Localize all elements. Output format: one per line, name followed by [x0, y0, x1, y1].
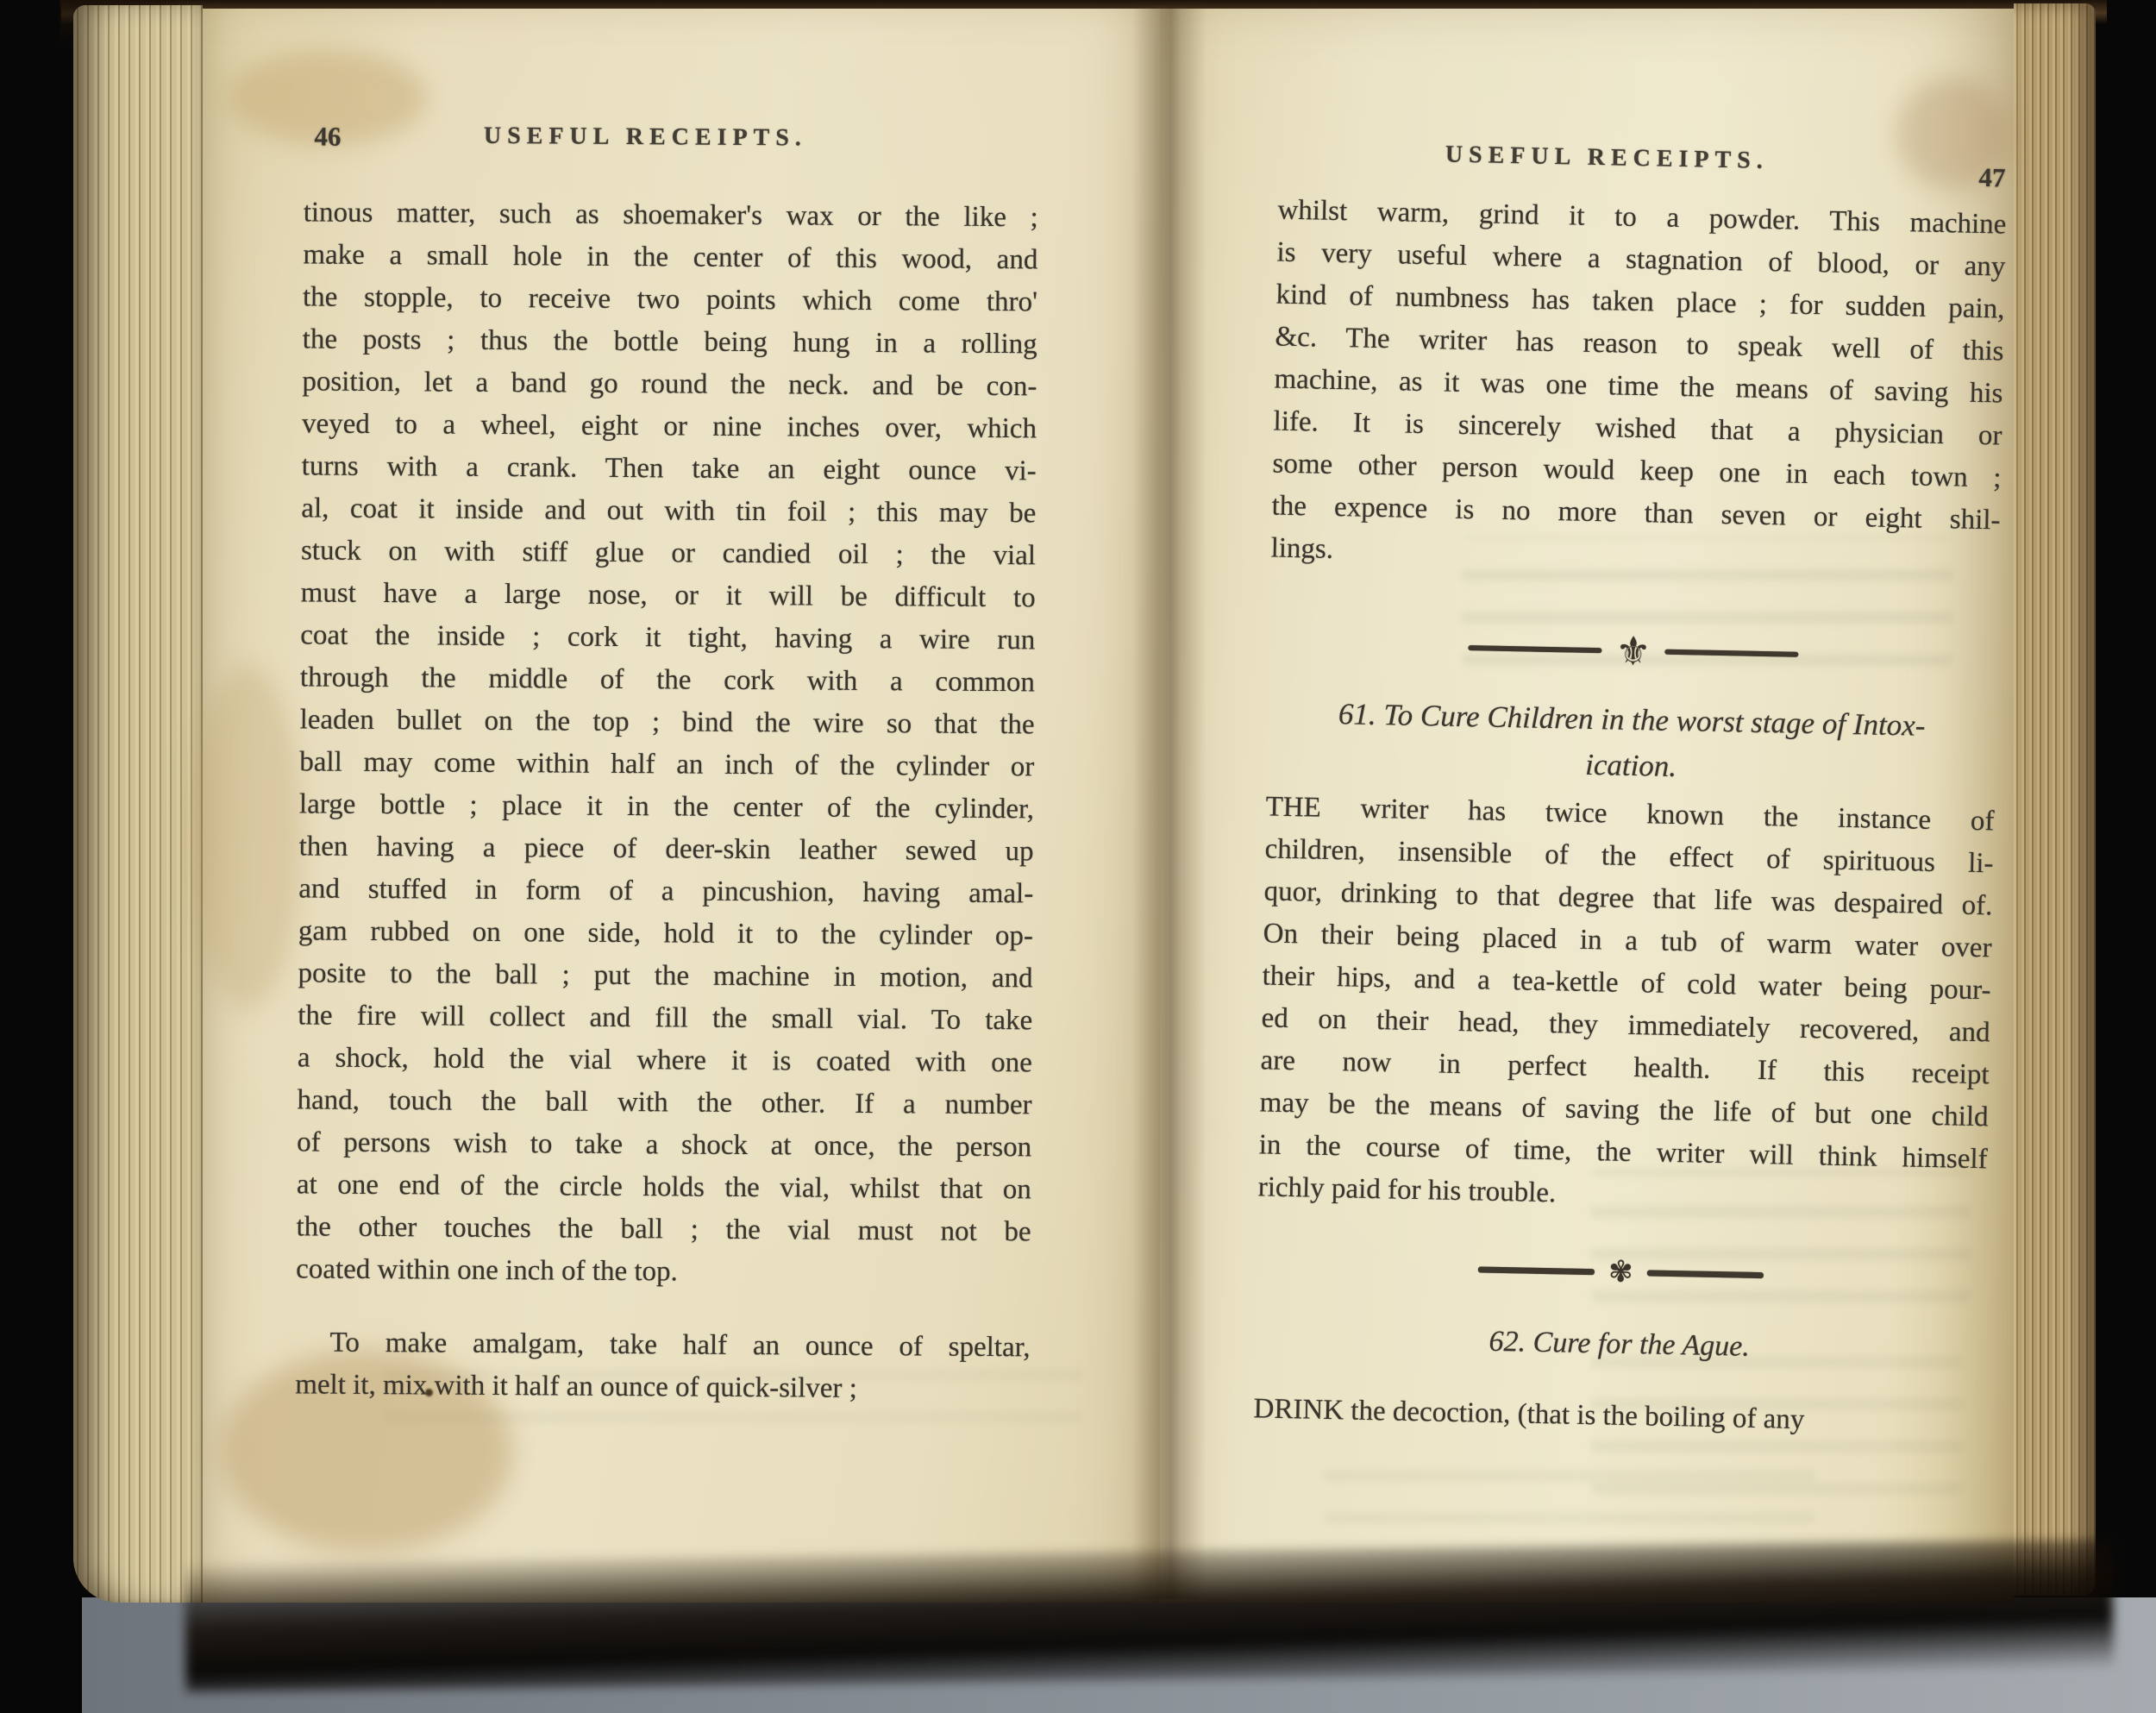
ornament-rule [1664, 649, 1798, 657]
text-line: the stopple, to receive two points which… [303, 276, 1037, 323]
page-number: 47 [1978, 162, 2006, 194]
section-61-heading-line1: 61. To Cure Children in the worst stage … [1267, 695, 1996, 744]
fleur-de-lis-icon: ⚜ [1615, 631, 1651, 672]
section-61-paragraph: THE writer has twice known the instance … [1257, 786, 1995, 1223]
text-line: coat the inside ; cork it tight, having … [300, 614, 1035, 662]
book-photograph: 46 USEFUL RECEIPTS. tinous matter, such … [0, 0, 2156, 1713]
text-line: ball may come within half an inch of the… [299, 741, 1034, 788]
text-line: al, coat it inside and out with tin foil… [301, 487, 1036, 535]
text-line: coated within one inch of the top. [296, 1248, 1031, 1296]
text-line: of persons wish to take a shock at once,… [297, 1121, 1031, 1169]
text-line: position, let a band go round the neck. … [302, 361, 1037, 408]
text-line: and stuffed in form of a pincushion, hav… [298, 868, 1033, 915]
section-62-paragraph: DRINK the decoction, (that is the boilin… [1253, 1388, 1983, 1445]
text-line: a shock, hold the vial where it is coate… [298, 1037, 1032, 1084]
text-line: large bottle ; place it in the center of… [299, 783, 1034, 831]
text-line: turns with a crank. Then take an eight o… [302, 445, 1037, 493]
text-line: leaden bullet on the top ; bind the wire… [299, 699, 1034, 746]
text-line: stuck on with stiff glue or candied oil … [301, 530, 1036, 577]
book-bottom-shadow [185, 1539, 2114, 1691]
right-fore-edge-stack [2014, 3, 2096, 1596]
left-page-text: 46 USEFUL RECEIPTS. tinous matter, such … [192, 9, 1161, 1609]
running-header: USEFUL RECEIPTS. [278, 121, 1012, 154]
text-line: the posts ; thus the bottle being hung i… [303, 318, 1037, 366]
rosette-ornament: ✾ [1257, 1250, 1986, 1294]
right-page: USEFUL RECEIPTS. 47 whilst warm, grind i… [1160, 9, 2014, 1603]
ornament-rule [1468, 645, 1601, 653]
rosette-icon: ✾ [1608, 1258, 1633, 1288]
section-61-heading-line2: ication. [1266, 741, 1996, 790]
text-line: To make amalgam, take half an ounce of s… [295, 1321, 1030, 1369]
open-book: 46 USEFUL RECEIPTS. tinous matter, such … [73, 0, 2096, 1713]
right-page-text: USEFUL RECEIPTS. 47 whilst warm, grind i… [1129, 8, 2015, 1618]
ornament-rule [1647, 1270, 1764, 1278]
text-line: melt it, mix with it half an ounce of qu… [295, 1364, 1030, 1411]
fleur-de-lis-ornament: ⚜ [1269, 624, 1998, 678]
text-line: make a small hole in the center of this … [303, 234, 1037, 281]
text-line: tinous matter, such as shoemaker's wax o… [304, 191, 1038, 239]
text-line: gam rubbed on one side, hold it to the c… [298, 910, 1033, 957]
left-paragraph-1: tinous matter, such as shoemaker's wax o… [296, 191, 1038, 1296]
text-line: DRINK the decoction, (that is the boilin… [1253, 1388, 1983, 1445]
left-page: 46 USEFUL RECEIPTS. tinous matter, such … [203, 9, 1160, 1603]
gutter-shadow [1132, 5, 1206, 1599]
text-line: veyed to a wheel, eight or nine inches o… [302, 403, 1037, 450]
text-line: the fire will collect and fill the small… [298, 995, 1032, 1042]
running-header: USEFUL RECEIPTS. [1243, 137, 1971, 179]
right-page-header: USEFUL RECEIPTS. 47 [1278, 138, 2008, 191]
text-line: hand, touch the ball with the other. If … [297, 1079, 1031, 1126]
text-line: posite to the ball ; put the machine in … [298, 952, 1032, 1000]
text-line: must have a large nose, or it will be di… [301, 572, 1036, 619]
section-62-heading: 62. Cure for the Ague. [1255, 1321, 1984, 1368]
right-paragraph-1: whilst warm, grind it to a powder. This … [1270, 190, 2007, 585]
left-page-header: 46 USEFUL RECEIPTS. [304, 121, 1038, 164]
text-line: then having a piece of deer-skin leather… [298, 825, 1033, 873]
left-paragraph-2: To make amalgam, take half an ounce of s… [295, 1321, 1031, 1411]
text-line: through the middle of the cork with a co… [300, 656, 1035, 704]
ornament-rule [1478, 1266, 1595, 1275]
text-line: the other touches the ball ; the vial mu… [296, 1206, 1031, 1253]
text-line: at one end of the circle holds the vial,… [297, 1164, 1031, 1211]
left-page-edge-stack [73, 5, 203, 1603]
